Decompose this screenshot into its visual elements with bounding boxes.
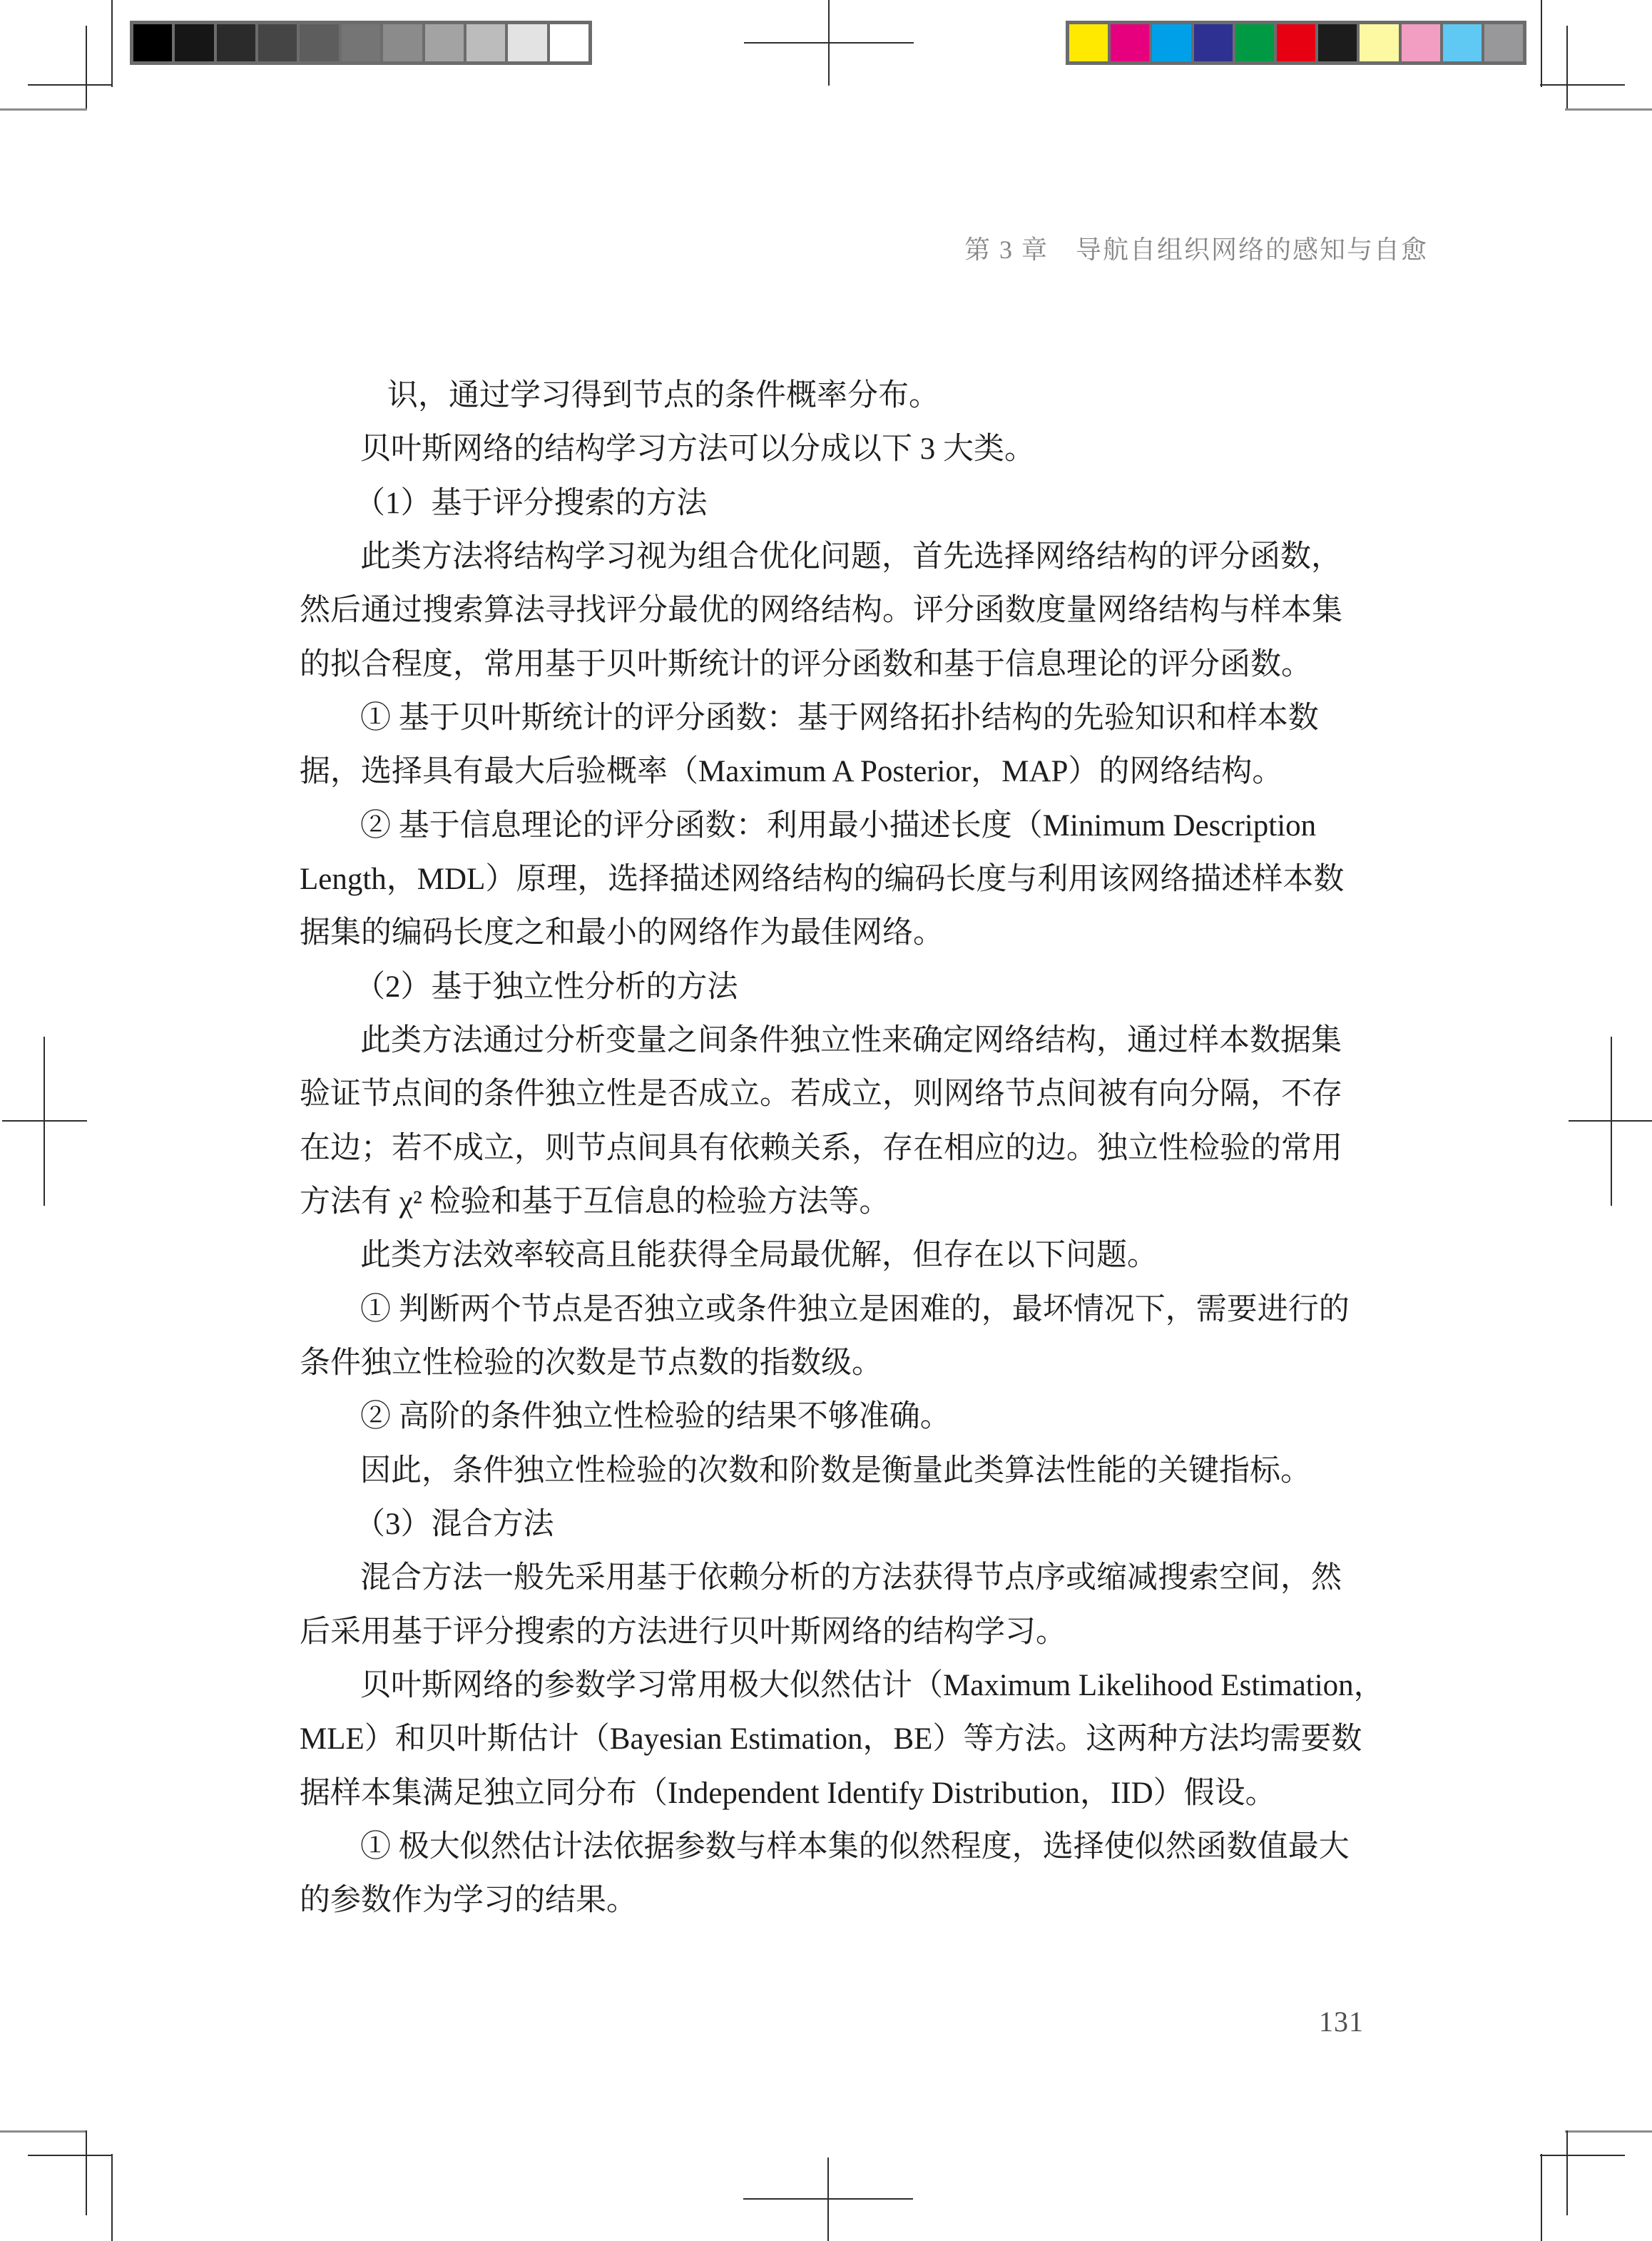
color-swatch (1152, 24, 1190, 61)
crop-mark (1541, 0, 1542, 87)
crop-mark (1566, 2130, 1568, 2215)
color-swatch (1277, 24, 1315, 61)
crop-mark (0, 2130, 87, 2133)
text-line: 的拟合程度，常用基于贝叶斯统计的评分函数和基于信息理论的评分函数。 (300, 649, 1312, 681)
text-line: ② 高阶的条件独立性检验的结果不够准确。 (360, 1401, 951, 1433)
text-line: 在边；若不成立，则节点间具有依赖关系，存在相应的边。独立性检验的常用 (300, 1132, 1342, 1164)
running-header: 第 3 章 导航自组织网络的感知与自愈 (964, 230, 1428, 266)
text-line: 贝叶斯网络的结构学习方法可以分成以下 3 大类。 (360, 433, 1035, 465)
grayscale-swatch (258, 24, 297, 61)
grayscale-swatch (342, 24, 380, 61)
color-swatch (1069, 24, 1108, 61)
color-swatch (1443, 24, 1482, 61)
grayscale-swatch (300, 24, 338, 61)
crop-mark (28, 84, 113, 86)
crop-mark (28, 2155, 113, 2156)
grayscale-swatch (175, 24, 213, 61)
text-line: 贝叶斯网络的参数学习常用极大似然估计（Maximum Likelihood Es… (360, 1670, 1385, 1702)
text-line: ① 基于贝叶斯统计的评分函数：基于网络拓扑结构的先验知识和样本数 (360, 702, 1319, 734)
registration-mark (1569, 1120, 1652, 1122)
text-line: 此类方法效率较高且能获得全局最优解，但存在以下问题。 (360, 1239, 1158, 1271)
text-line: 据，选择具有最大后验概率（Maximum A Posterior，MAP）的网络… (300, 756, 1283, 788)
crop-mark (1566, 26, 1568, 111)
text-line: 因此，条件独立性检验的次数和阶数是衡量此类算法性能的关键指标。 (360, 1455, 1311, 1487)
crop-mark (1540, 84, 1625, 86)
text-line: 然后通过搜索算法寻找评分最优的网络结构。评分函数度量网络结构与样本集 (300, 594, 1342, 626)
color-swatch (1111, 24, 1149, 61)
crop-mark (111, 2154, 113, 2241)
text-line: 识，通过学习得到节点的条件概率分布。 (387, 380, 939, 412)
color-swatch (1318, 24, 1357, 61)
crop-mark (1565, 2130, 1652, 2133)
crop-mark (1565, 108, 1652, 111)
color-swatch (1194, 24, 1233, 61)
book-page: 第 3 章 导航自组织网络的感知与自愈 识，通过学习得到节点的条件概率分布。贝叶… (0, 0, 1652, 2241)
text-line: ① 判断两个节点是否独立或条件独立是困难的，最坏情况下，需要进行的 (360, 1294, 1350, 1326)
text-line: MLE）和贝叶斯估计（Bayesian Estimation，BE）等方法。这两… (300, 1723, 1362, 1755)
color-swatch (1484, 24, 1523, 61)
registration-mark (743, 2198, 913, 2200)
crop-mark (86, 26, 87, 111)
text-line: 条件独立性检验的次数是节点数的指数级。 (300, 1347, 882, 1379)
color-calibration-bar (1066, 21, 1526, 65)
grayscale-swatch (217, 24, 255, 61)
grayscale-calibration-bar (130, 21, 592, 65)
text-line: 据样本集满足独立同分布（Independent Identify Distrib… (300, 1777, 1276, 1809)
text-line: 此类方法将结构学习视为组合优化问题，首先选择网络结构的评分函数， (360, 541, 1342, 573)
text-line: （1）基于评分搜索的方法 (355, 487, 708, 519)
grayscale-swatch (383, 24, 422, 61)
crop-mark (86, 2130, 87, 2215)
text-line: ① 极大似然估计法依据参数与样本集的似然程度，选择使似然函数值最大 (360, 1831, 1350, 1863)
text-line: ② 基于信息理论的评分函数：利用最小描述长度（Minimum Descripti… (360, 810, 1316, 842)
grayscale-swatch (508, 24, 546, 61)
grayscale-swatch (550, 24, 588, 61)
page-number: 131 (1319, 2005, 1364, 2038)
text-line: （3）混合方法 (355, 1508, 554, 1540)
text-line: 据集的编码长度之和最小的网络作为最佳网络。 (300, 917, 944, 949)
crop-mark (1541, 2154, 1542, 2241)
grayscale-swatch (133, 24, 172, 61)
text-line: 后采用基于评分搜索的方法进行贝叶斯网络的结构学习。 (300, 1616, 1066, 1648)
grayscale-swatch (425, 24, 464, 61)
text-line: Length，MDL）原理，选择描述网络结构的编码长度与利用该网络描述样本数 (300, 863, 1344, 895)
grayscale-swatch (466, 24, 505, 61)
color-swatch (1235, 24, 1274, 61)
crop-mark (0, 108, 87, 111)
crop-mark (1540, 2155, 1625, 2156)
crop-mark (111, 0, 113, 87)
text-line: 此类方法通过分析变量之间条件独立性来确定网络结构，通过样本数据集 (360, 1025, 1342, 1057)
text-line: 混合方法一般先采用基于依赖分析的方法获得节点序或缩减搜索空间，然 (360, 1562, 1342, 1594)
registration-mark (2, 1120, 87, 1122)
text-line: 的参数作为学习的结果。 (300, 1884, 637, 1916)
text-line: （2）基于独立性分析的方法 (355, 971, 738, 1003)
registration-mark (744, 42, 914, 44)
text-line: 方法有 χ² 检验和基于互信息的检验方法等。 (300, 1186, 889, 1218)
color-swatch (1360, 24, 1398, 61)
text-line: 验证节点间的条件独立性是否成立。若成立，则网络节点间被有向分隔，不存 (300, 1078, 1342, 1110)
color-swatch (1402, 24, 1440, 61)
